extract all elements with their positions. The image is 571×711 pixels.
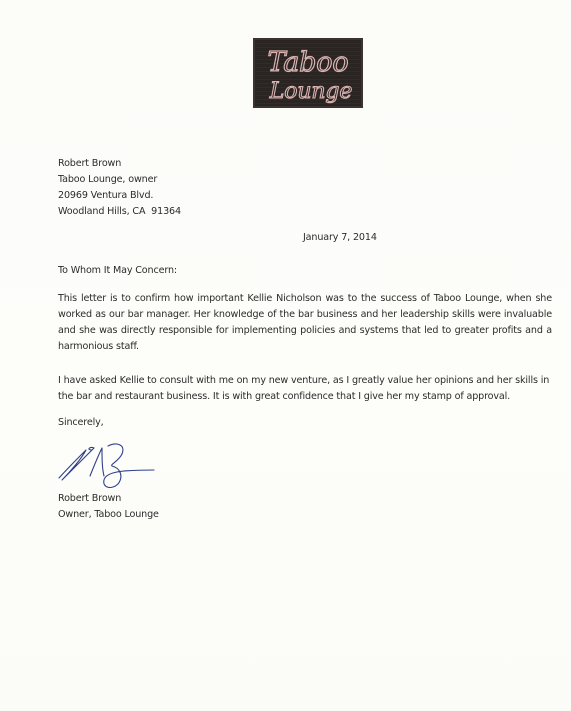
body-paragraph-1: This letter is to confirm how important … bbox=[58, 291, 552, 355]
logo-artwork: Taboo Lounge bbox=[253, 38, 363, 108]
letter-date: January 7, 2014 bbox=[303, 232, 377, 243]
sender-street: 20969 Ventura Blvd. bbox=[58, 188, 153, 204]
salutation: To Whom It May Concern: bbox=[58, 263, 177, 279]
taboo-lounge-logo: Taboo Lounge bbox=[253, 38, 363, 108]
logo-text-taboo: Taboo bbox=[267, 47, 348, 78]
closing: Sincerely, bbox=[58, 415, 104, 431]
body-paragraph-2: I have asked Kellie to consult with me o… bbox=[58, 373, 552, 405]
signatory-title: Owner, Taboo Lounge bbox=[58, 507, 159, 523]
sender-name: Robert Brown bbox=[58, 156, 121, 172]
letter-page: Taboo Lounge Robert Brown Taboo Lounge, … bbox=[0, 0, 571, 711]
sender-company-role: Taboo Lounge, owner bbox=[58, 172, 157, 188]
sender-city-state-zip: Woodland Hills, CA 91364 bbox=[58, 204, 181, 220]
logo-text-lounge: Lounge bbox=[269, 79, 353, 104]
handwritten-signature bbox=[56, 440, 156, 492]
signatory-name: Robert Brown bbox=[58, 491, 121, 507]
